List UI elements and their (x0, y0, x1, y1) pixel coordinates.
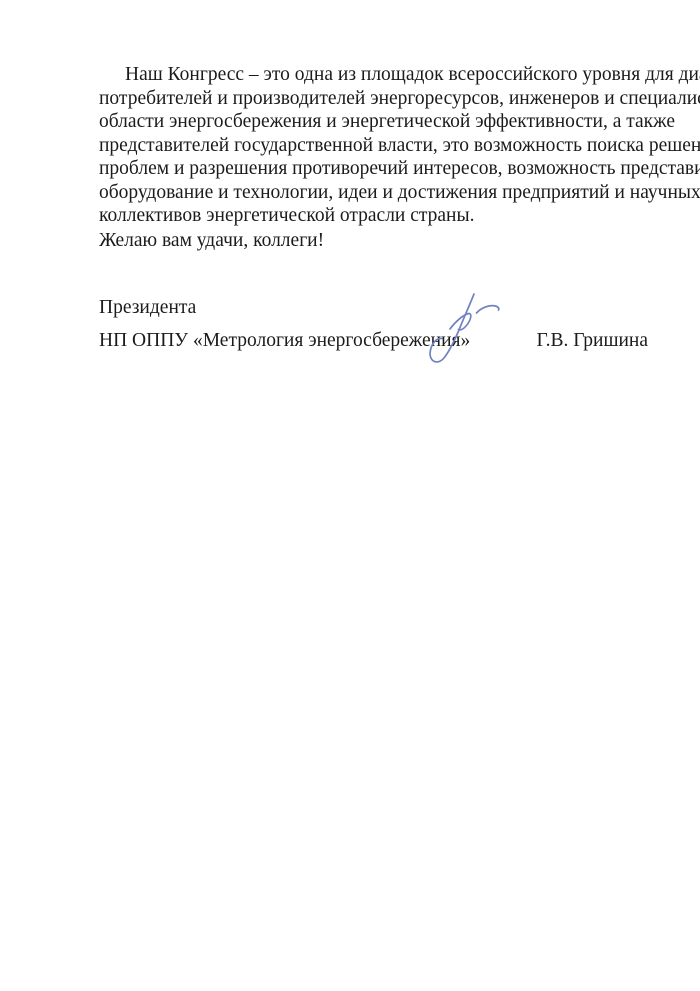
paragraph-line: потребителей и производителей энергоресу… (99, 87, 700, 111)
closing-line: Желаю вам удачи, коллеги! (99, 229, 324, 253)
paragraph-line: Наш Конгресс – это одна из площадок всер… (99, 63, 700, 87)
body-paragraph: Наш Конгресс – это одна из площадок всер… (99, 63, 700, 228)
signer-organization: НП ОППУ «Метрология энергосбережения» (99, 329, 470, 353)
paragraph-line: проблем и разрешения противоречий интере… (99, 157, 700, 181)
paragraph-line: коллективов энергетической отрасли стран… (99, 204, 700, 228)
paragraph-line: области энергосбережения и энергетическо… (99, 110, 700, 134)
letter-page: Наш Конгресс – это одна из площадок всер… (0, 0, 700, 991)
signer-name: Г.В. Гришина (537, 329, 648, 353)
paragraph-line: представителей государственной власти, э… (99, 134, 700, 158)
handwritten-signature-icon (420, 283, 510, 378)
signer-role-title: Президента (99, 296, 196, 320)
paragraph-line: оборудование и технологии, идеи и достиж… (99, 181, 700, 205)
